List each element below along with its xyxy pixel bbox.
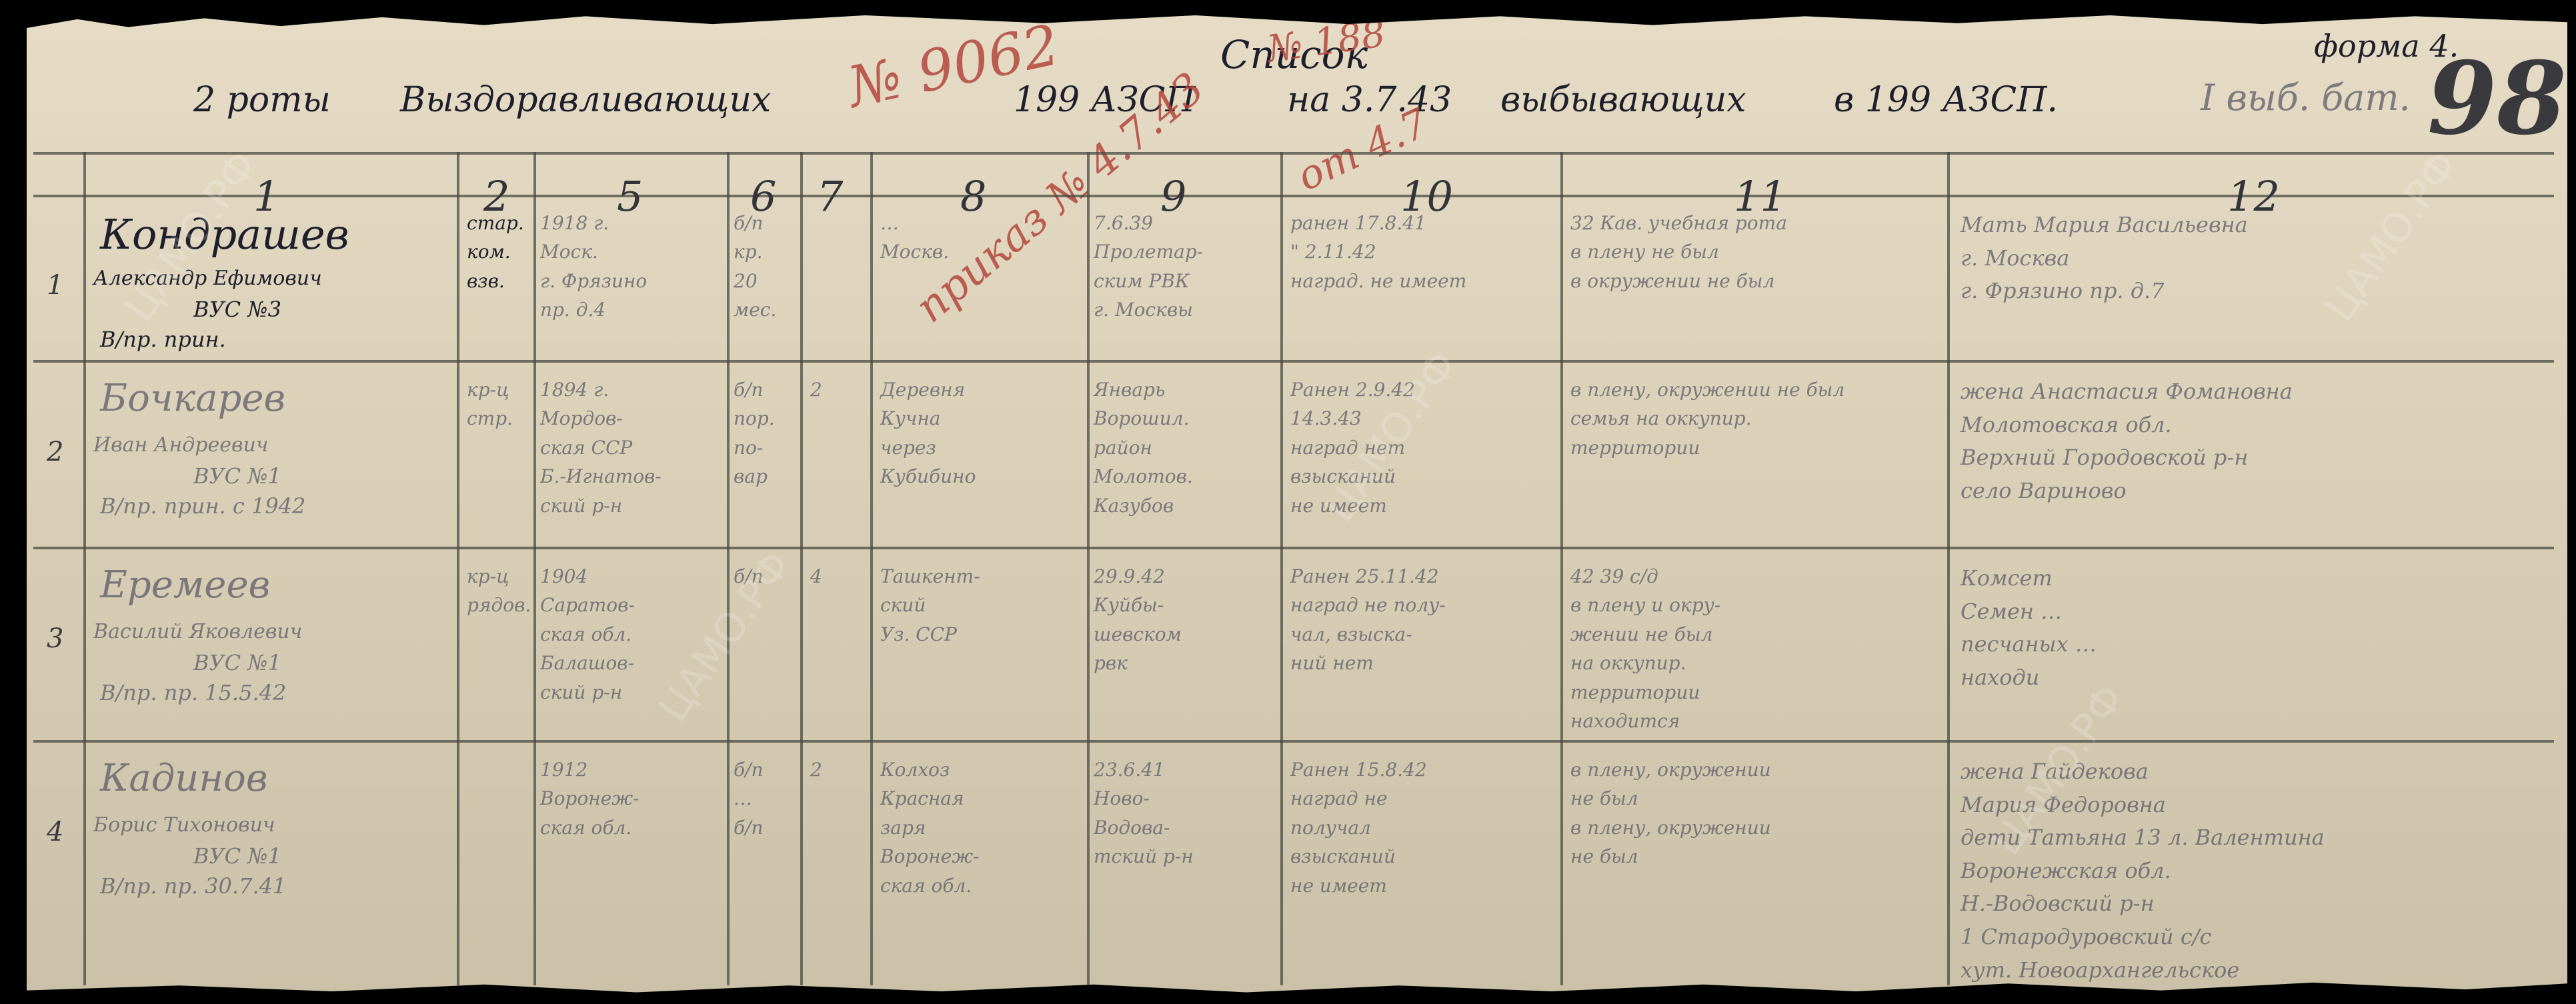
row-number: 2 bbox=[47, 437, 63, 467]
cell-col5: 1918 г. Моск. г. Фрязино пр. д.4 bbox=[540, 209, 647, 325]
cell-col11: в плену, окружении не был семья на оккуп… bbox=[1570, 375, 1844, 462]
document-sheet: Список 2 роты Выздоравливающих 199 АЗСП … bbox=[27, 13, 2567, 993]
vus-code: ВУС №1 bbox=[193, 650, 281, 675]
service-note: В/пр. прин. bbox=[100, 327, 226, 352]
watermark: ЦАМО.РФ bbox=[2317, 143, 2467, 331]
row-number: 4 bbox=[47, 817, 63, 847]
surname: Еремеев bbox=[100, 563, 270, 607]
cell-col2: кр-ц стр. bbox=[467, 375, 513, 433]
vus-code: ВУС №3 bbox=[193, 297, 281, 322]
vus-code: ВУС №1 bbox=[193, 463, 281, 489]
cell-col6: б/п кр. 20 мес. bbox=[734, 209, 776, 325]
cell-col9: 23.6.41 Ново- Водова- тский р-н bbox=[1094, 755, 1194, 871]
cell-col8: Колхоз Красная заря Воронеж- ская обл. bbox=[880, 755, 980, 900]
service-note: В/пр. прин. с 1942 bbox=[100, 493, 305, 519]
cell-col7: 4 bbox=[810, 562, 822, 591]
column-divider bbox=[533, 152, 536, 985]
cell-col8: … Москв. bbox=[880, 209, 949, 267]
cell-col12: жена Анастасия Фомановна Молотовская обл… bbox=[1961, 375, 2293, 507]
battalion-label: I выб. бат. bbox=[2201, 77, 2411, 119]
row-divider bbox=[33, 360, 2554, 363]
service-note: В/пр. пр. 15.5.42 bbox=[100, 680, 286, 705]
surname: Кадинов bbox=[100, 757, 267, 800]
header-top-rule bbox=[33, 152, 2554, 155]
column-divider bbox=[1947, 152, 1950, 985]
cell-col11: 32 Кав. учебная рота в плену не был в ок… bbox=[1570, 209, 1787, 295]
cell-col8: Деревня Кучна через Кубибино bbox=[880, 375, 976, 491]
row-divider bbox=[33, 547, 2554, 549]
row-divider bbox=[33, 740, 2554, 743]
column-divider bbox=[457, 152, 459, 985]
cell-col6: б/п bbox=[734, 562, 764, 591]
column-divider bbox=[83, 152, 86, 985]
cell-col10: Ранен 15.8.42 наград не получал взыскани… bbox=[1290, 755, 1427, 900]
column-divider bbox=[1087, 152, 1090, 985]
first-name-patronymic: Василий Яковлевич bbox=[93, 620, 302, 643]
subtitle-company: 2 роты bbox=[193, 80, 331, 120]
subtitle-destination: в 199 АЗСП. bbox=[1834, 80, 2058, 120]
cell-col6: б/п … б/п bbox=[734, 755, 764, 842]
cell-col10: ранен 17.8.41 " 2.11.42 наград. не имеет bbox=[1290, 209, 1466, 295]
cell-col11: 42 39 с/д в плену и окру- жении не был н… bbox=[1570, 562, 1720, 735]
cell-col9: 29.9.42 Куйбы- шевском рвк bbox=[1094, 562, 1182, 678]
column-divider bbox=[800, 152, 803, 985]
vus-code: ВУС №1 bbox=[193, 843, 281, 869]
column-header-8: 8 bbox=[960, 172, 986, 221]
cell-col12: Комсет Семен … песчаных … находи bbox=[1961, 562, 2097, 694]
header-bottom-rule bbox=[33, 195, 2554, 197]
cell-col7: 2 bbox=[810, 375, 822, 404]
row-number: 3 bbox=[47, 623, 63, 654]
column-divider bbox=[1560, 152, 1563, 985]
first-name-patronymic: Иван Андреевич bbox=[93, 433, 268, 457]
cell-col11: в плену, окружении не был в плену, окруж… bbox=[1570, 755, 1771, 871]
service-note: В/пр. пр. 30.7.41 bbox=[100, 873, 286, 899]
column-header-7: 7 bbox=[817, 172, 843, 221]
cell-col5: 1904 Саратов- ская обл. Балашов- ский р-… bbox=[540, 562, 635, 707]
cell-col5: 1894 г. Мордов- ская ССР Б.-Игнатов- ски… bbox=[540, 375, 662, 520]
column-divider bbox=[1280, 152, 1283, 985]
cell-col12: Мать Мария Васильевна г. Москва г. Фрязи… bbox=[1961, 209, 2248, 308]
surname: Бочкарев bbox=[100, 377, 285, 420]
page-number-mark: 98 bbox=[2427, 40, 2567, 157]
red-annotation-number: № 188 bbox=[1264, 12, 1388, 71]
subtitle-date: на 3.7.43 bbox=[1287, 80, 1452, 120]
subtitle-departing: выбывающих bbox=[1500, 80, 1746, 120]
cell-col8: Ташкент- ский Уз. ССР bbox=[880, 562, 980, 649]
cell-col5: 1912 Воронеж- ская обл. bbox=[540, 755, 639, 842]
cell-col12: жена Гайдекова Мария Федоровна дети Тать… bbox=[1961, 755, 2325, 987]
cell-col7: 2 bbox=[810, 755, 822, 784]
first-name-patronymic: Александр Ефимович bbox=[93, 267, 322, 290]
column-divider bbox=[870, 152, 873, 985]
cell-col10: Ранен 2.9.42 14.3.43 наград нет взыскани… bbox=[1290, 375, 1415, 520]
subtitle-recovering: Выздоравливающих bbox=[400, 80, 771, 120]
surname: Кондрашев bbox=[100, 210, 349, 259]
cell-col2: стар. ком. взв. bbox=[467, 209, 524, 295]
column-divider bbox=[727, 152, 730, 985]
first-name-patronymic: Борис Тихонович bbox=[93, 813, 275, 837]
cell-col9: Январь Ворошил. район Молотов. Казубов bbox=[1094, 375, 1193, 520]
row-number: 1 bbox=[47, 270, 63, 301]
cell-col9: 7.6.39 Пролетар- ским РВК г. Москвы bbox=[1094, 209, 1203, 325]
watermark: ЦАМО.РФ bbox=[650, 543, 800, 731]
cell-col2: кр-ц рядов. bbox=[467, 562, 531, 620]
cell-col10: Ранен 25.11.42 наград не полу- чал, взыс… bbox=[1290, 562, 1446, 678]
cell-col6: б/п пор. по- вар bbox=[734, 375, 775, 491]
